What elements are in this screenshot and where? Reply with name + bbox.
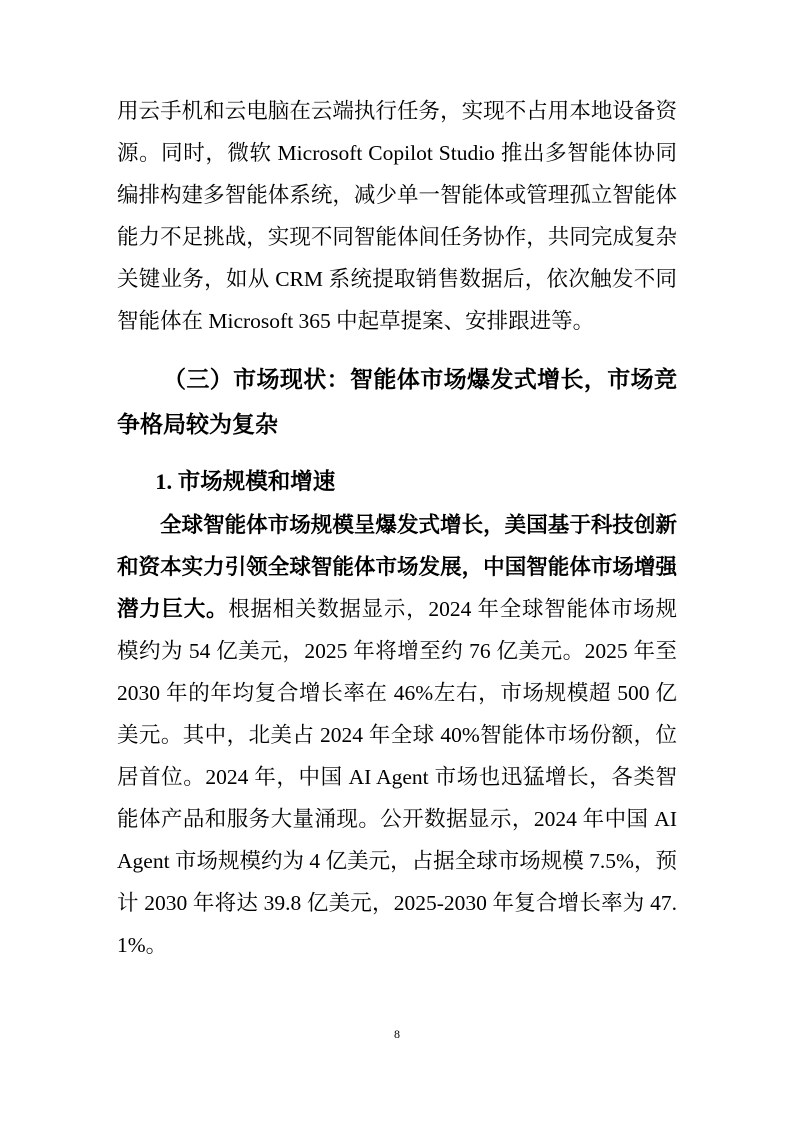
page-content: 用云手机和云电脑在云端执行任务，实现不占用本地设备资源。同时，微软 Micros…: [117, 90, 677, 966]
page-number: 8: [0, 1026, 794, 1042]
document-page: 用云手机和云电脑在云端执行任务，实现不占用本地设备资源。同时，微软 Micros…: [0, 0, 794, 1123]
section-heading: （三）市场现状：智能体市场爆发式增长，市场竞争格局较为复杂: [117, 357, 677, 447]
paragraph-continued: 用云手机和云电脑在云端执行任务，实现不占用本地设备资源。同时，微软 Micros…: [117, 90, 677, 342]
paragraph-market-rest: 根据相关数据显示，2024 年全球智能体市场规模约为 54 亿美元，2025 年…: [117, 597, 677, 957]
subsection-heading: 1. 市场规模和增速: [117, 459, 677, 504]
paragraph-market-size: 全球智能体市场规模呈爆发式增长，美国基于科技创新和资本实力引领全球智能体市场发展…: [117, 504, 677, 966]
